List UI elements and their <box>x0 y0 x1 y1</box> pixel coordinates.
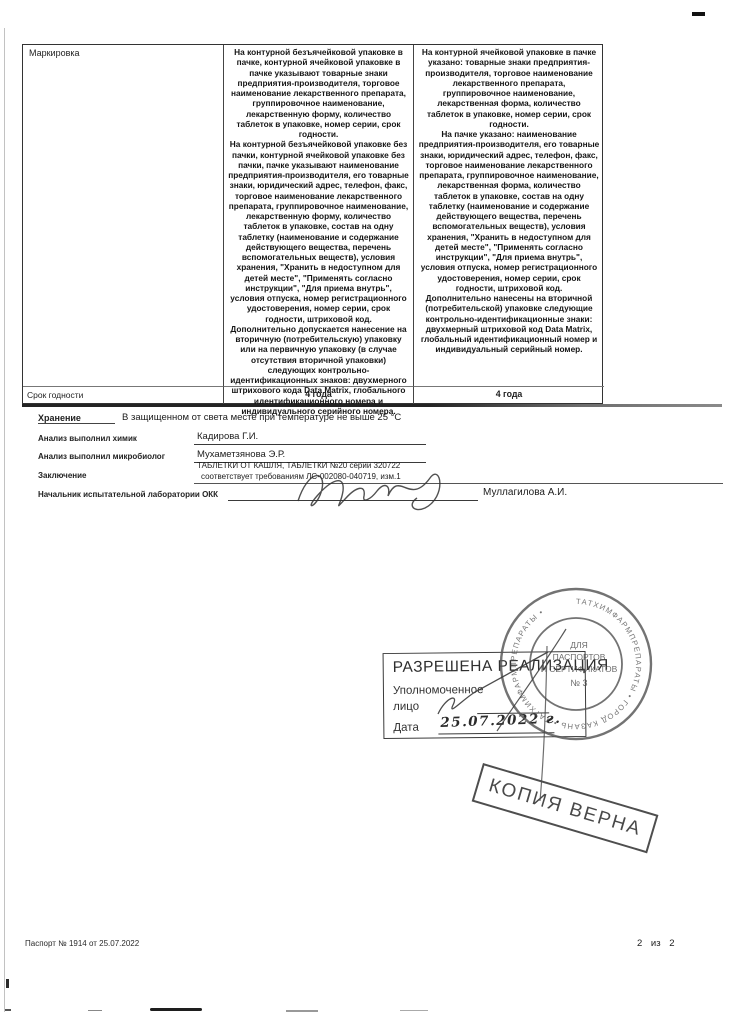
scan-dash-2 <box>88 1010 102 1011</box>
lab-head-value: Муллагилова А.И. <box>483 487 567 498</box>
release-officer-line1: Уполномоченное <box>393 684 484 697</box>
microbiologist-value: Мухаметзянова Э.Р. <box>197 449 285 460</box>
shelf-life-value-col3: 4 года <box>414 387 604 405</box>
copy-stamp-text: КОПИЯ ВЕРНА <box>486 775 644 841</box>
conclusion-line-2: соответствует требованиям ЛС-002080-0407… <box>201 472 401 481</box>
marking-col3-paragraph-3: Дополнительно нанесены на вторичной (пот… <box>418 293 600 355</box>
footer-passport-number: Паспорт № 1914 от 25.07.2022 <box>25 939 139 948</box>
lab-head-underline <box>228 500 478 501</box>
lab-head-label: Начальник испытательной лаборатории ОКК <box>38 490 218 499</box>
document-page: Маркировка На контурной безъячейковой уп… <box>0 0 744 1024</box>
scan-mark-top-right <box>692 12 705 16</box>
seal-center-line2: ПАСПОРТОВ <box>553 652 606 662</box>
chemist-underline <box>194 444 426 445</box>
storage-value: В защищенном от света месте при температ… <box>122 412 401 423</box>
marking-col3-paragraph-2: На пачке указано: наименование предприят… <box>418 129 600 293</box>
scan-edge-line <box>4 28 5 1012</box>
conclusion-underline <box>194 483 723 484</box>
chemist-value: Кадирова Г.И. <box>197 431 258 442</box>
seal-center-line4: № 3 <box>570 678 587 688</box>
release-date-label: Дата <box>393 722 419 734</box>
round-seal-stamp: ТАТХИМФАРМПРЕПАРАТЫ • ГОРОД КАЗАНЬ • ТАТ… <box>497 585 655 743</box>
seal-center-line1: ДЛЯ <box>570 640 587 650</box>
scan-dash-3 <box>150 1008 202 1011</box>
shelf-life-value-col2: 4 года <box>224 387 414 405</box>
scan-mark-left-bottom <box>6 979 9 988</box>
scan-dash-1 <box>5 1009 11 1011</box>
microbiologist-label: Анализ выполнил микробиолог <box>38 452 165 461</box>
marking-col2-paragraph-1: На контурной безъячейковой упаковке в па… <box>228 47 409 139</box>
marking-col2-paragraph-2: На контурной безъячейковой упаковке без … <box>228 139 409 324</box>
conclusion-line-1: ТАБЛЕТКИ ОТ КАШЛЯ, ТАБЛЕТКИ №20 серии 32… <box>197 461 400 470</box>
scan-dash-4 <box>286 1010 318 1012</box>
chemist-label: Анализ выполнил химик <box>38 434 137 443</box>
marking-cell-nonblister: На контурной безъячейковой упаковке в па… <box>224 45 414 387</box>
footer-page-number: 2 из 2 <box>637 938 675 949</box>
scan-dash-5 <box>400 1010 428 1011</box>
storage-label: Хранение <box>38 413 115 424</box>
seal-center-line3: И СЕРТИФИКАТОВ <box>541 664 618 674</box>
marking-cell-blister: На контурной ячейковой упаковке в пачке … <box>414 45 604 387</box>
release-officer-line2: лицо <box>393 701 419 713</box>
marking-spec-table: Маркировка На контурной безъячейковой уп… <box>22 44 603 404</box>
table-row-label-marking: Маркировка <box>23 45 224 387</box>
marking-col3-paragraph-1: На контурной ячейковой упаковке в пачке … <box>418 47 600 129</box>
conclusion-label: Заключение <box>38 471 86 480</box>
table-row-label-shelf-life: Срок годности <box>23 387 224 405</box>
section-divider-rule <box>22 404 722 407</box>
copy-verified-stamp: КОПИЯ ВЕРНА <box>472 763 659 853</box>
